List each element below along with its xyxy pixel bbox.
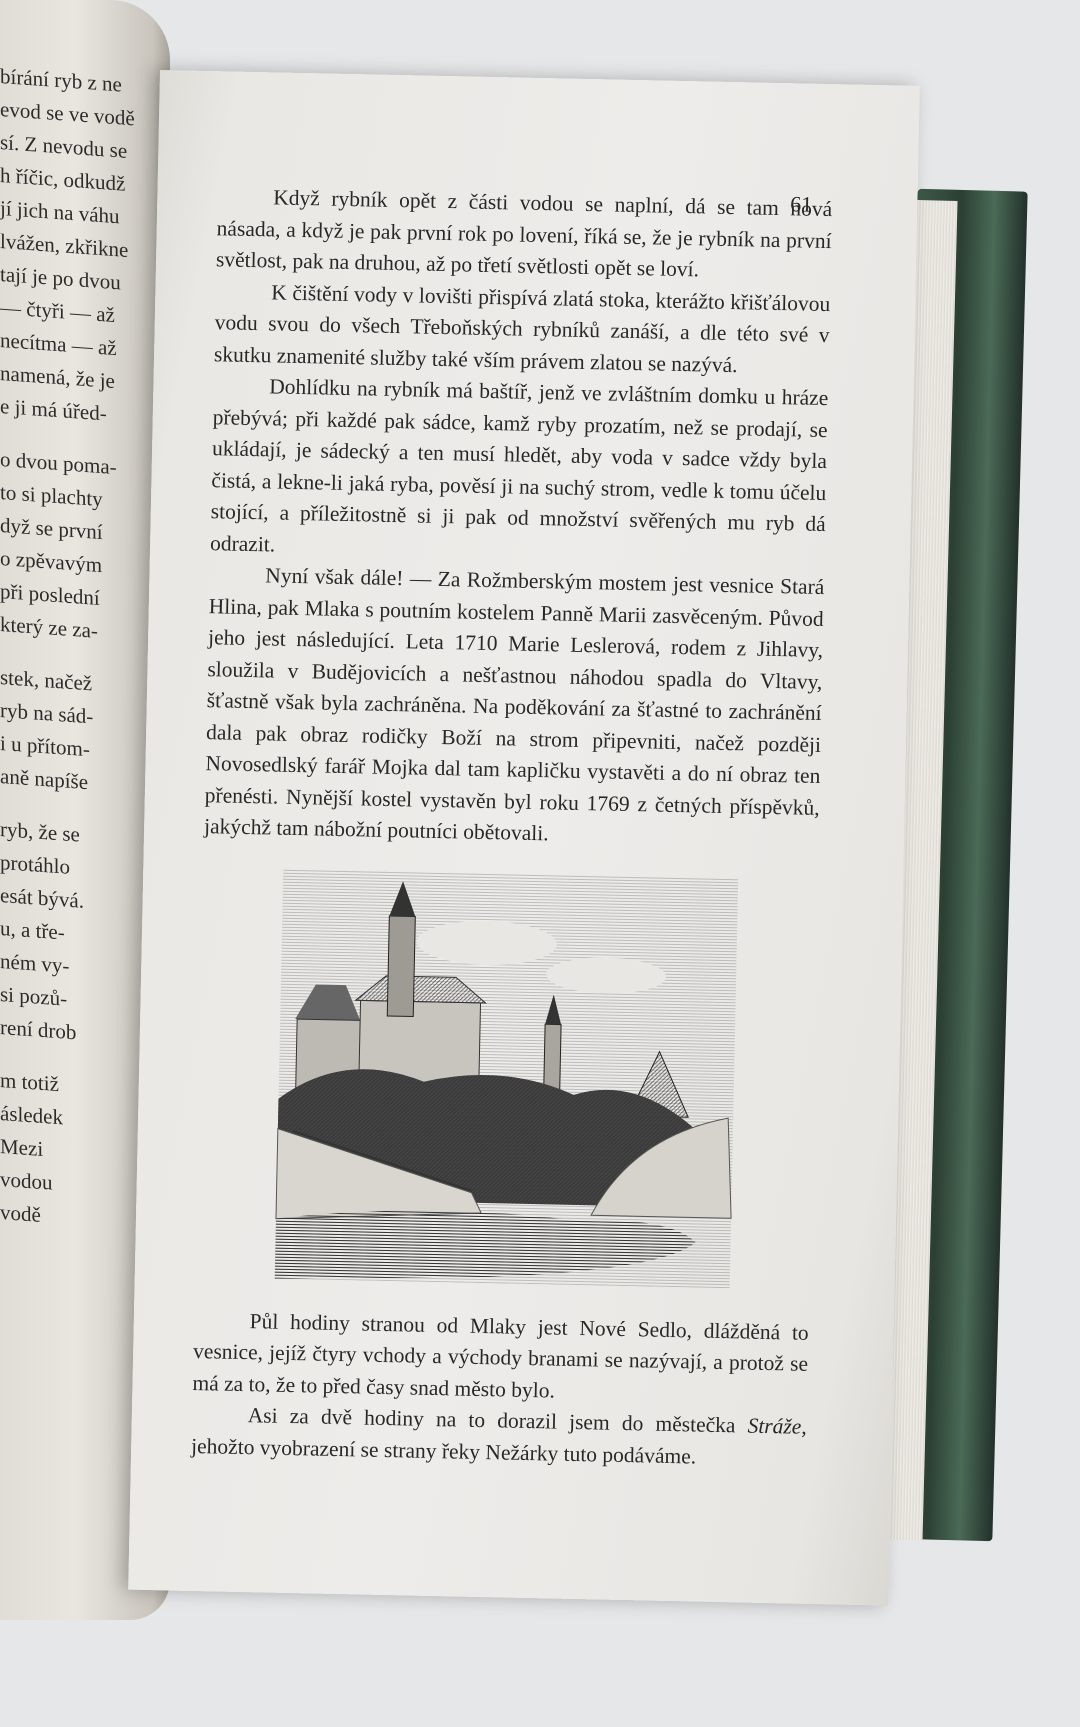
page-number: 61 (790, 188, 813, 220)
paragraph: Dohlídku na rybník má baštíř, jenž ve zv… (210, 370, 829, 572)
paragraph: Nyní však dále! — Za Rožmberským mostem … (204, 559, 825, 855)
paragraph: Půl hodiny stranou od Mlaky jest Nové Se… (192, 1304, 809, 1411)
book-photo: bírání ryb z neevod se ve voděsí. Z nevo… (0, 0, 1080, 1727)
paragraph-last: Asi za dvě hodiny na to dorazil jsem do … (191, 1399, 807, 1475)
place-name-italic: Stráže (747, 1414, 801, 1439)
right-page: 61 Když rybník opět z části vodou se nap… (128, 70, 920, 1606)
page-content: 61 Když rybník opět z části vodou se nap… (191, 181, 833, 1475)
paragraph: Když rybník opět z části vodou se naplní… (216, 181, 833, 288)
left-page-text: bírání ryb z neevod se ve voděsí. Z nevo… (0, 60, 160, 1240)
paragraph: K čištění vody v lovišti přispívá zlatá … (214, 276, 831, 383)
church-engraving-illustration (270, 868, 744, 1298)
